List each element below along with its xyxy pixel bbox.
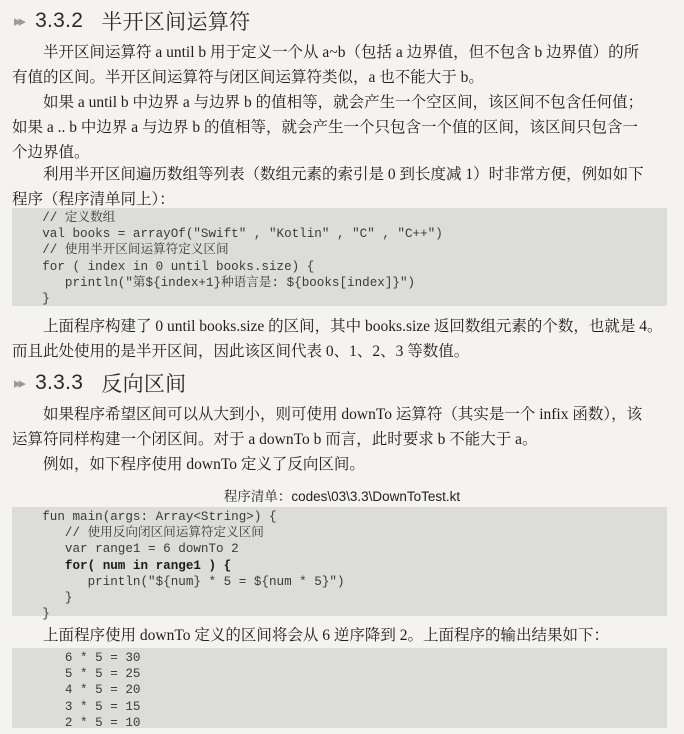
code-line: var range1 = 6 downTo 2 [12, 541, 667, 557]
code-block-until: // 定义数组 val books = arrayOf("Swift" , "K… [12, 208, 667, 306]
text-line: 利用半开区间遍历数组等列表（数组元素的索引是 0 到长度减 1）时非常方便，例如… [12, 162, 667, 187]
text-line: 半开区间运算符 a until b 用于定义一个从 a~b（包括 a 边界值，但… [12, 40, 667, 65]
code-line: println("第${index+1}种语言是: ${books[index]… [12, 275, 667, 291]
code-block-downto: fun main(args: Array<String>) { // 使用反向闭… [12, 507, 667, 616]
code-line: for ( index in 0 until books.size) { [12, 259, 667, 275]
output-block: 6 * 5 = 30 5 * 5 = 25 4 * 5 = 20 3 * 5 =… [12, 648, 667, 728]
code-line: fun main(args: Array<String>) { [12, 509, 667, 525]
output-line: 4 * 5 = 20 [12, 682, 667, 698]
output-line: 3 * 5 = 15 [12, 699, 667, 715]
code-line: for( num in range1 ) { [12, 558, 667, 574]
paragraph-downto-example: 例如，如下程序使用 downTo 定义了反向区间。 [12, 452, 667, 477]
paragraph-downto-output: 上面程序使用 downTo 定义的区间将会从 6 逆序降到 2。上面程序的输出结… [12, 623, 667, 648]
double-chevron-icon: ▸▸ [14, 12, 23, 30]
paragraph-half-open-intro: 半开区间运算符 a until b 用于定义一个从 a~b（包括 a 边界值，但… [12, 40, 667, 90]
section-title: 半开区间运算符 [101, 6, 250, 36]
output-line: 2 * 5 = 10 [12, 715, 667, 731]
paragraph-until-explanation: 上面程序构建了 0 until books.size 的区间，其中 books.… [12, 314, 667, 364]
paragraph-array-iteration: 利用半开区间遍历数组等列表（数组元素的索引是 0 到长度减 1）时非常方便，例如… [12, 162, 667, 212]
text-line: 如果程序希望区间可以从大到小，则可使用 downTo 运算符（其实是一个 inf… [12, 402, 667, 427]
code-line: val books = arrayOf("Swift" , "Kotlin" ,… [12, 226, 667, 242]
code-line: // 定义数组 [12, 210, 667, 226]
code-line: // 使用半开区间运算符定义区间 [12, 242, 667, 258]
code-line: } [12, 606, 667, 622]
text-line: 如果 a .. b 中边界 a 与边界 b 的值相等，就会产生一个只包含一个值的… [12, 115, 667, 140]
paragraph-downto-intro: 如果程序希望区间可以从大到小，则可使用 downTo 运算符（其实是一个 inf… [12, 402, 667, 452]
text-line: 运算符同样构建一个闭区间。对于 a downTo b 而言，此时要求 b 不能大… [12, 427, 667, 452]
section-heading-3-3-2: ▸▸ 3.3.2 半开区间运算符 [14, 4, 250, 38]
code-line: // 使用反向闭区间运算符定义区间 [12, 525, 667, 541]
text-line: 上面程序构建了 0 until books.size 的区间，其中 books.… [12, 314, 667, 339]
section-heading-3-3-3: ▸▸ 3.3.3 反向区间 [14, 366, 186, 400]
output-line: 5 * 5 = 25 [12, 666, 667, 682]
section-number: 3.3.2 [35, 9, 83, 33]
section-number: 3.3.3 [35, 371, 83, 395]
text-line: 而且此处使用的是半开区间，因此该区间代表 0、1、2、3 等数值。 [12, 339, 667, 364]
code-line: println("${num} * 5 = ${num * 5}") [12, 574, 667, 590]
text-line: 有值的区间。半开区间运算符与闭区间运算符类似，a 也不能大于 b。 [12, 65, 667, 90]
listing-caption: 程序清单：codes\03\3.3\DownToTest.kt [0, 485, 684, 505]
text-line: 如果 a until b 中边界 a 与边界 b 的值相等，就会产生一个空区间，… [12, 90, 667, 115]
double-chevron-icon: ▸▸ [14, 374, 23, 392]
section-title: 反向区间 [101, 368, 186, 398]
text-line: 上面程序使用 downTo 定义的区间将会从 6 逆序降到 2。上面程序的输出结… [12, 623, 667, 648]
code-line: } [12, 291, 667, 307]
text-line: 例如，如下程序使用 downTo 定义了反向区间。 [12, 452, 667, 477]
code-line: } [12, 590, 667, 606]
output-line: 6 * 5 = 30 [12, 650, 667, 666]
paragraph-empty-interval: 如果 a until b 中边界 a 与边界 b 的值相等，就会产生一个空区间，… [12, 90, 667, 165]
